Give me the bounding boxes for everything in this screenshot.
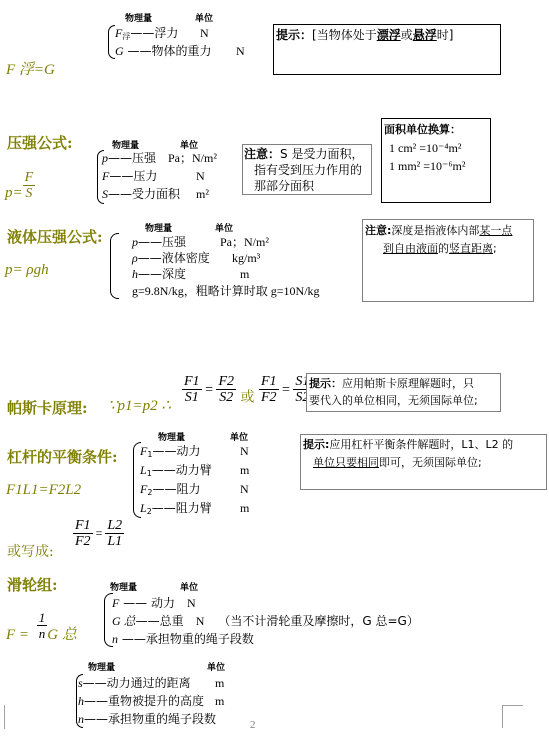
pressure-unit-0: Pa；N/m² <box>168 150 217 166</box>
area-conversion-line1: 1 cm² =10⁻⁴m² <box>384 139 488 157</box>
buoyancy-row-1: G ——物体的重力 <box>115 43 212 59</box>
pulley-row2-2: n——承担物重的绳子段数 <box>78 711 216 727</box>
pascal-hint-box: 提示：应用帕斯卡原理解题时，只 要代入的单位相同，无须国际单位; <box>306 373 501 412</box>
pascal-heading: 帕斯卡原理: <box>7 397 88 418</box>
area-conversion-box: 面积单位换算： 1 cm² =10⁻⁴m² 1 mm² =10⁻⁶m² <box>381 118 491 203</box>
pressure-note-box: 注意：S 是受力面积， 指有受到压力作用的 那部分面积 <box>242 144 372 195</box>
pulley-header-quantity: 物理量 <box>110 580 137 593</box>
pressure-formula: p=FS <box>5 170 35 202</box>
pulley-header-unit: 单位 <box>180 580 198 593</box>
lever-heading: 杠杆的平衡条件: <box>7 446 118 467</box>
pulley-row2-1: h——重物被提升的高度 <box>78 693 204 709</box>
pressure-unit-2: m² <box>196 186 209 202</box>
liquid-unit-2: m <box>240 266 249 282</box>
liquid-row-1: ρ——液体密度 <box>132 250 210 266</box>
liquid-brace <box>110 233 119 299</box>
lever-formula: F1L1=F2L2 <box>6 482 81 499</box>
pressure-unit-1: N <box>196 168 205 184</box>
page-number: 2 <box>250 719 256 731</box>
liquid-pressure-heading: 液体压强公式: <box>7 226 103 247</box>
pressure-heading: 压强公式: <box>7 132 73 153</box>
pulley-row2-0: s——动力通过的距离 <box>78 675 191 691</box>
buoyancy-hint-text: 提示：[当物体处于漂浮或悬浮时] <box>274 25 500 44</box>
lever-row-1: L1——动力臂 <box>140 462 212 478</box>
liquid-row-0: p——压强 <box>132 234 186 250</box>
liquid-unit-0: Pa；N/m² <box>220 234 269 250</box>
liquid-unit-1: kg/m³ <box>232 250 260 266</box>
lever-unit-3: m <box>240 500 249 516</box>
lever-row-3: L2——阻力臂 <box>140 500 212 516</box>
pressure-row-1: F——压力 <box>102 168 157 184</box>
lever-alt-label: 或写成: <box>7 541 54 561</box>
lever-header-unit: 单位 <box>230 430 248 443</box>
pascal-equation: F1S1 = F2S2 或 F1F2 = S1S2 <box>182 374 311 407</box>
page-corner-left <box>0 705 5 729</box>
lever-row-2: F2——阻力 <box>140 481 200 497</box>
pressure-note-line2: 指有受到压力作用的 <box>244 162 370 178</box>
pulley-formula: F = 1nG 总 <box>6 610 77 644</box>
pulley-row-2: n ——承担物重的绳子段数 <box>112 631 254 647</box>
lever-unit-0: N <box>240 443 249 459</box>
liquid-note-line1: 注意:深度是指液体内部某一点 <box>365 222 531 240</box>
buoyancy-unit-1: N <box>236 43 245 59</box>
buoyancy-brace <box>108 25 115 59</box>
area-conversion-line2: 1 mm² =10⁻⁶m² <box>384 157 488 175</box>
liquid-g-note: g=9.8N/kg，粗略计算时取 g=10N/kg <box>132 283 320 299</box>
pascal-condition: ∵p1=p2 ∴ <box>108 396 171 415</box>
liquid-header-unit: 单位 <box>215 221 233 234</box>
lever-alt-equation: F1F2 = L2L1 <box>73 518 124 549</box>
pascal-hint-line1: 提示：应用帕斯卡原理解题时，只 <box>309 375 498 392</box>
buoyancy-unit-0: N <box>200 25 209 41</box>
pascal-hint-line2: 要代入的单位相同，无须国际单位; <box>309 392 498 409</box>
pressure-note-line3: 那部分面积 <box>244 178 370 194</box>
pulley-row2-unit-1: m <box>215 693 224 709</box>
buoyancy-header-quantity: 物理量 <box>125 11 152 24</box>
lever-unit-1: m <box>240 462 249 478</box>
buoyancy-formula: F 浮=G <box>6 58 55 79</box>
liquid-note-line2: 到自由液面的竖直距离; <box>365 240 531 258</box>
pulley-header2-quantity: 物理量 <box>88 660 115 673</box>
liquid-header-quantity: 物理量 <box>145 221 172 234</box>
liquid-row-2: h——深度 <box>132 266 186 282</box>
pulley-row-1: G 总——总重N（当不计滑轮重及摩擦时，G 总=G） <box>112 613 419 629</box>
pulley-heading: 滑轮组: <box>7 574 58 595</box>
lever-hint-line1: 提示:应用杠杆平衡条件解题时，L1、L2 的 <box>303 436 544 454</box>
lever-hint-box: 提示:应用杠杆平衡条件解题时，L1、L2 的 单位只要相同即可，无须国际单位; <box>300 434 547 490</box>
liquid-formula: p= ρgh <box>5 262 49 279</box>
pulley-row-0: F —— 动力N <box>112 595 196 611</box>
area-conversion-title: 面积单位换算： <box>384 121 488 139</box>
lever-row-0: F1——动力 <box>140 443 200 459</box>
liquid-note-box: 注意:深度是指液体内部某一点 到自由液面的竖直距离; <box>362 219 534 302</box>
pressure-note-line1: 注意：S 是受力面积， <box>244 146 370 162</box>
pressure-row-0: p——压强 <box>102 150 156 166</box>
pulley-header2-unit: 单位 <box>207 660 225 673</box>
pulley-row2-unit-0: m <box>215 675 224 691</box>
lever-unit-2: N <box>240 481 249 497</box>
buoyancy-row-0: F浮——浮力 <box>115 25 178 41</box>
page-corner-right <box>502 705 523 728</box>
lever-header-quantity: 物理量 <box>158 430 185 443</box>
buoyancy-hint-box: 提示：[当物体处于漂浮或悬浮时] <box>273 24 501 75</box>
pressure-row-2: S——受力面积 <box>102 186 180 202</box>
lever-hint-line2: 单位只要相同即可，无须国际单位; <box>303 454 544 472</box>
buoyancy-header-unit: 单位 <box>195 11 213 24</box>
